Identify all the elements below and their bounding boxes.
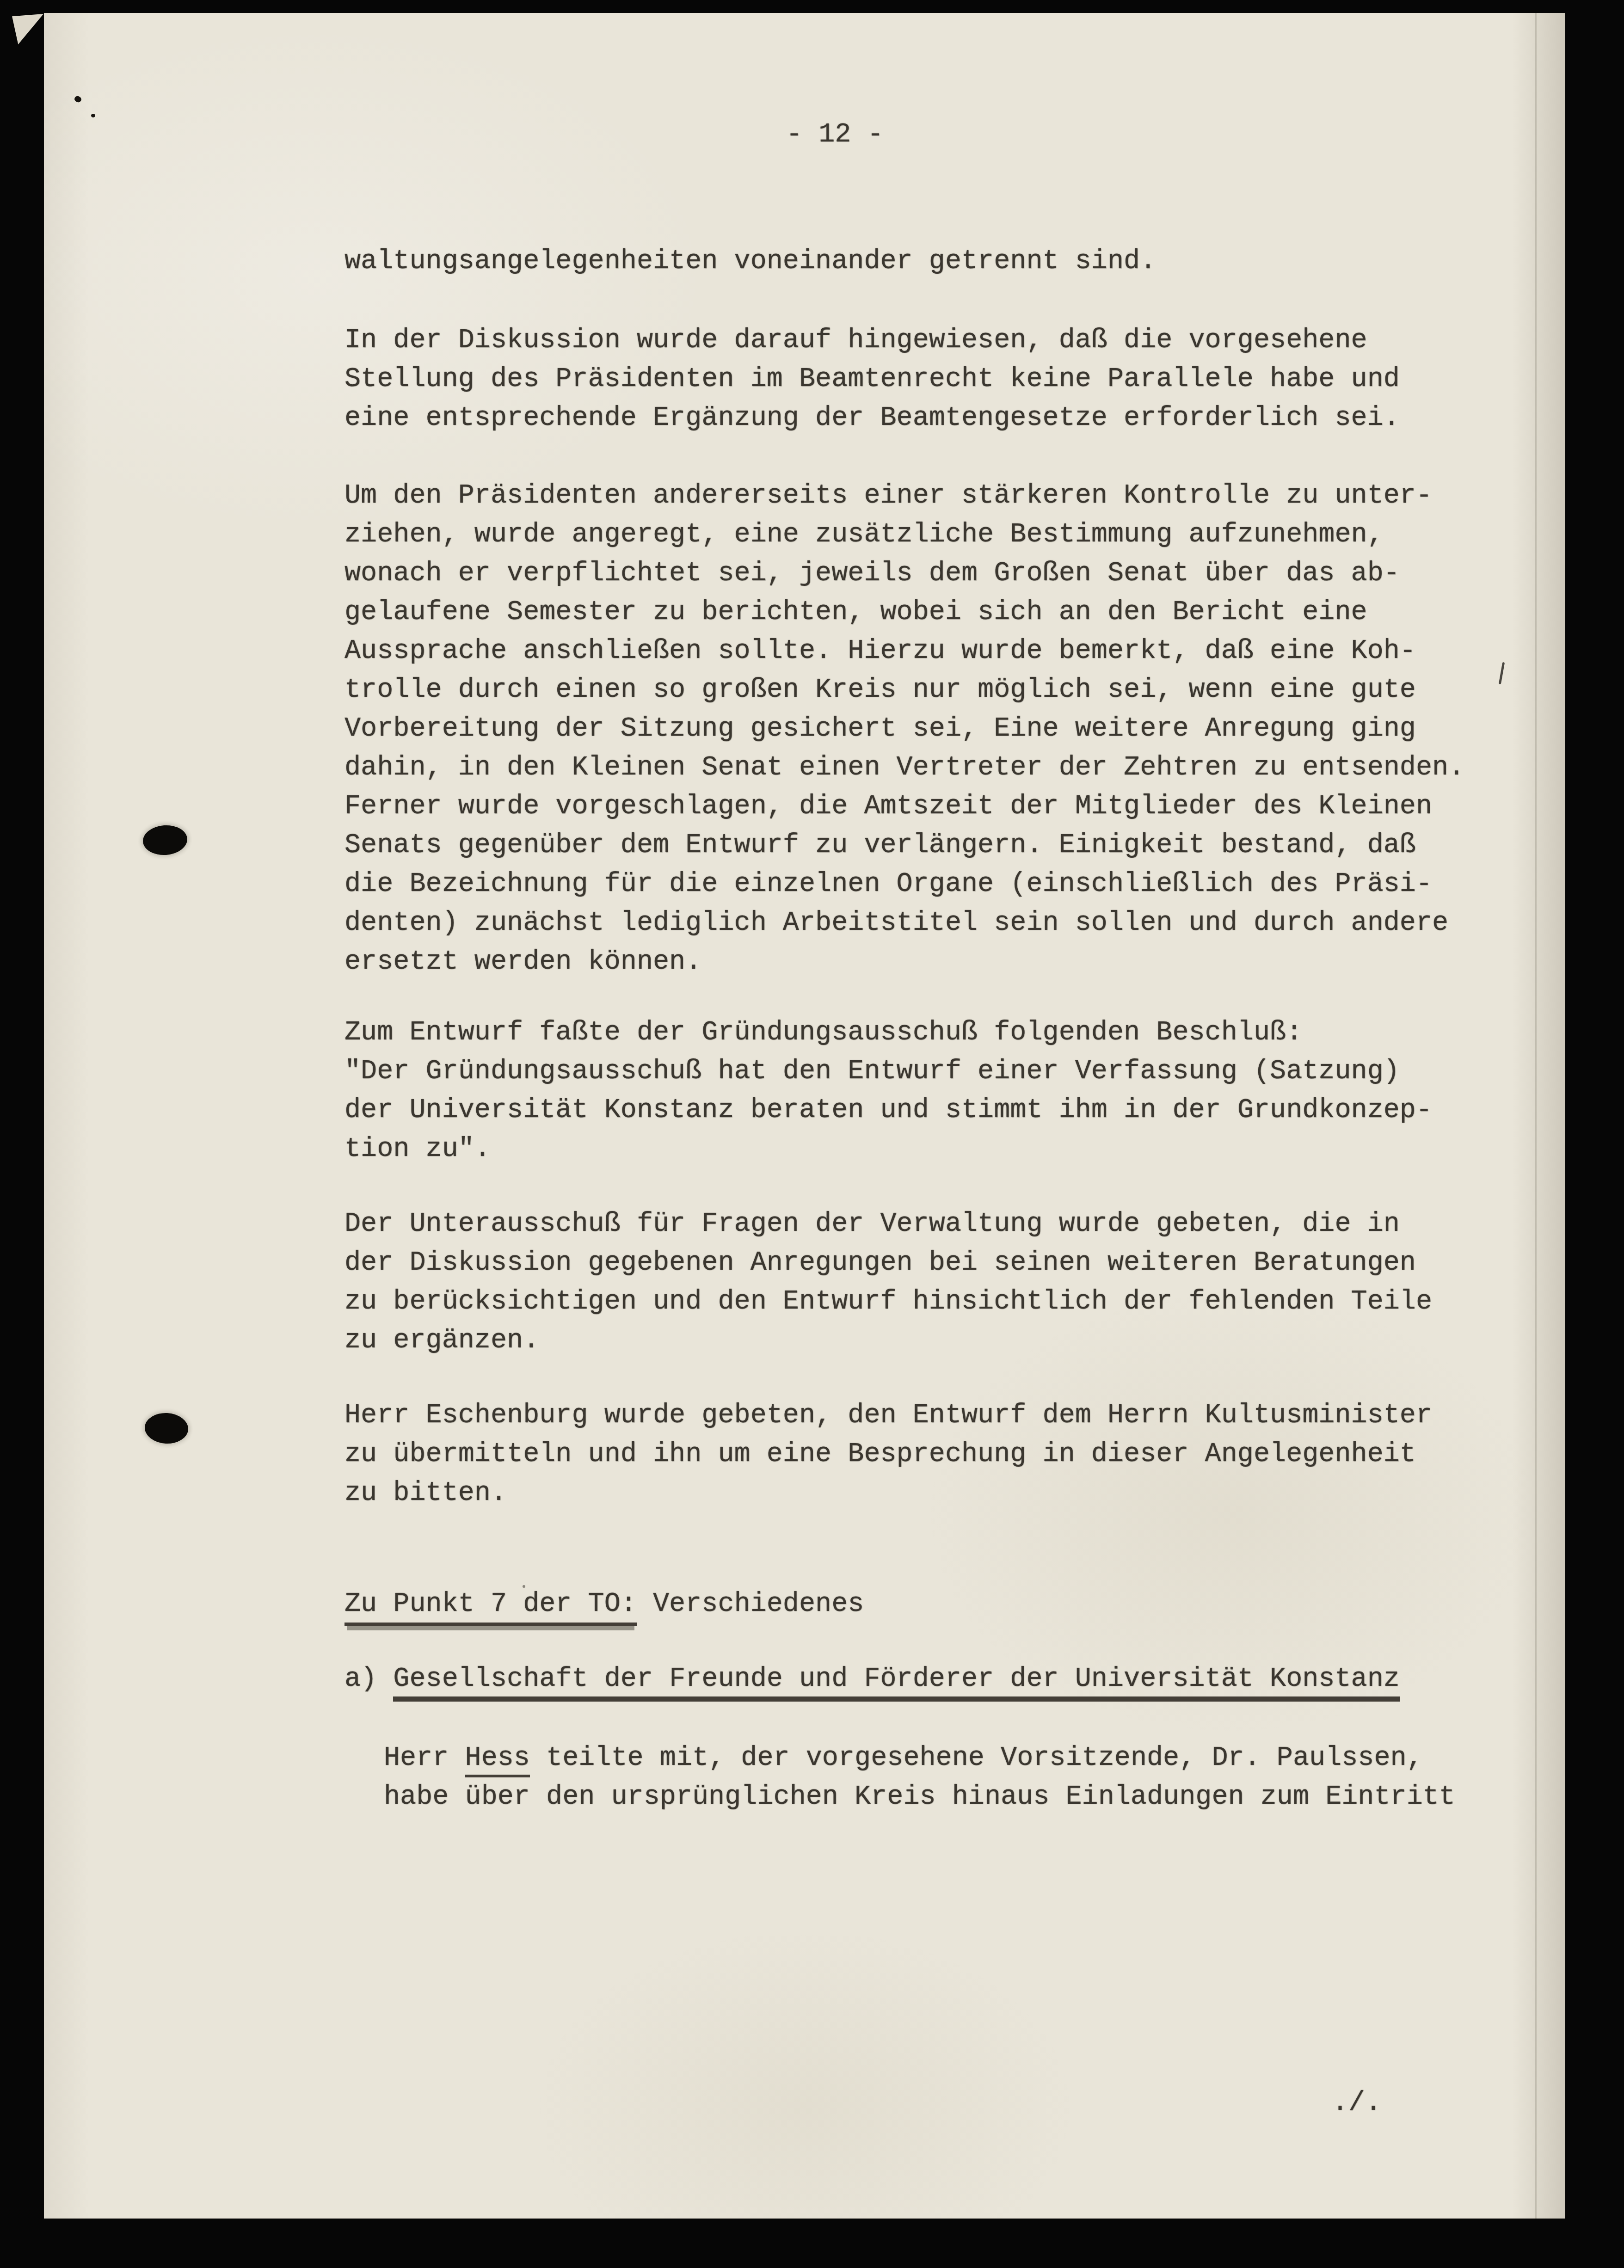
- text-line: die Bezeichnung für die einzelnen Organe…: [344, 865, 1464, 904]
- document-page: - 12 - waltungsangelegenheiten voneinand…: [44, 13, 1565, 2219]
- text-line: zu übermitteln und ihn um eine Besprechu…: [344, 1435, 1432, 1474]
- item-title-underlined: Gesellschaft der Freunde und Förderer de…: [393, 1663, 1400, 1702]
- text-line: ziehen, wurde angeregt, eine zusätzliche…: [344, 515, 1464, 554]
- text-line: Zum Entwurf faßte der Gründungsausschuß …: [344, 1013, 1432, 1052]
- text-line: gelaufene Semester zu berichten, wobei s…: [344, 593, 1464, 632]
- punch-hole-top: [142, 824, 188, 857]
- text-line: Vorbereitung der Sitzung gesichert sei, …: [344, 709, 1464, 748]
- text-line: Ferner wurde vorgeschlagen, die Amtszeit…: [344, 787, 1464, 826]
- heading-underlined-label: Zu Punkt 7 der TO:: [344, 1588, 637, 1626]
- heading-rest-label: Verschiedenes: [637, 1588, 864, 1619]
- text-line: trolle durch einen so großen Kreis nur m…: [344, 670, 1464, 709]
- page-corner-fragment: [12, 14, 46, 44]
- text-line: Herr Eschenburg wurde gebeten, den Entwu…: [344, 1396, 1432, 1435]
- text-line: Senats gegenüber dem Entwurf zu verlänge…: [344, 826, 1464, 865]
- paragraph: Herr Hess teilte mit, der vorgesehene Vo…: [384, 1739, 1455, 1816]
- text-line: Stellung des Präsidenten im Beamtenrecht…: [344, 360, 1400, 399]
- text-line: wonach er verpflichtet sei, jeweils dem …: [344, 554, 1464, 593]
- text-line: eine entsprechende Ergänzung der Beamten…: [344, 399, 1400, 437]
- paragraph: Um den Präsidenten andererseits einer st…: [344, 476, 1464, 981]
- text-line: tion zu".: [344, 1130, 1432, 1168]
- text-line: In der Diskussion wurde darauf hingewies…: [344, 321, 1400, 360]
- item-marker: a): [344, 1663, 393, 1694]
- text-line: habe über den ursprünglichen Kreis hinau…: [384, 1777, 1455, 1816]
- text-line: waltungsangelegenheiten voneinander getr…: [344, 242, 1156, 281]
- text-line: Der Unterausschuß für Fragen der Verwalt…: [344, 1205, 1432, 1243]
- list-item-a: a) Gesellschaft der Freunde und Förderer…: [344, 1660, 1400, 1698]
- hess-name-underlined: Hess: [465, 1742, 530, 1777]
- text-line: ersetzt werden können.: [344, 942, 1464, 981]
- section-heading: Zu Punkt 7 der TO: Verschiedenes: [344, 1585, 864, 1623]
- text-line: denten) zunächst lediglich Arbeitstitel …: [344, 904, 1464, 942]
- text-line: dahin, in den Kleinen Senat einen Vertre…: [344, 748, 1464, 787]
- scan-background: - 12 - waltungsangelegenheiten voneinand…: [0, 0, 1624, 2268]
- paragraph: Der Unterausschuß für Fragen der Verwalt…: [344, 1205, 1432, 1360]
- text-line: der Universität Konstanz beraten und sti…: [344, 1091, 1432, 1130]
- text-line: der Diskussion gegebenen Anregungen bei …: [344, 1243, 1432, 1282]
- text-line: "Der Gründungsausschuß hat den Entwurf e…: [344, 1052, 1432, 1091]
- punch-hole-bottom: [144, 1412, 189, 1445]
- ink-speck: [91, 114, 95, 117]
- text-line: Herr Hess teilte mit, der vorgesehene Vo…: [384, 1739, 1455, 1777]
- hess-pre-text: Herr: [384, 1742, 465, 1773]
- text-line: zu bitten.: [344, 1474, 1432, 1512]
- paper-crease: [1535, 13, 1537, 2219]
- paragraph: In der Diskussion wurde darauf hingewies…: [344, 321, 1400, 437]
- text-line: Aussprache anschließen sollte. Hierzu wu…: [344, 632, 1464, 670]
- ink-overstrike-mark: [1499, 662, 1505, 684]
- paragraph: Zum Entwurf faßte der Gründungsausschuß …: [344, 1013, 1432, 1168]
- paragraph: Herr Eschenburg wurde gebeten, den Entwu…: [344, 1396, 1432, 1512]
- page-number: - 12 -: [786, 115, 884, 154]
- text-line: Um den Präsidenten andererseits einer st…: [344, 476, 1464, 515]
- hess-post-text: teilte mit, der vorgesehene Vorsitzende,…: [530, 1742, 1423, 1773]
- paragraph: waltungsangelegenheiten voneinander getr…: [344, 242, 1156, 281]
- text-line: Zu Punkt 7 der TO: Verschiedenes: [344, 1585, 864, 1623]
- text-line: a) Gesellschaft der Freunde und Förderer…: [344, 1660, 1400, 1698]
- text-line: zu ergänzen.: [344, 1321, 1432, 1360]
- continuation-mark: ./.: [1332, 2084, 1382, 2122]
- text-line: zu berücksichtigen und den Entwurf hinsi…: [344, 1282, 1432, 1321]
- ink-speck: [74, 95, 82, 103]
